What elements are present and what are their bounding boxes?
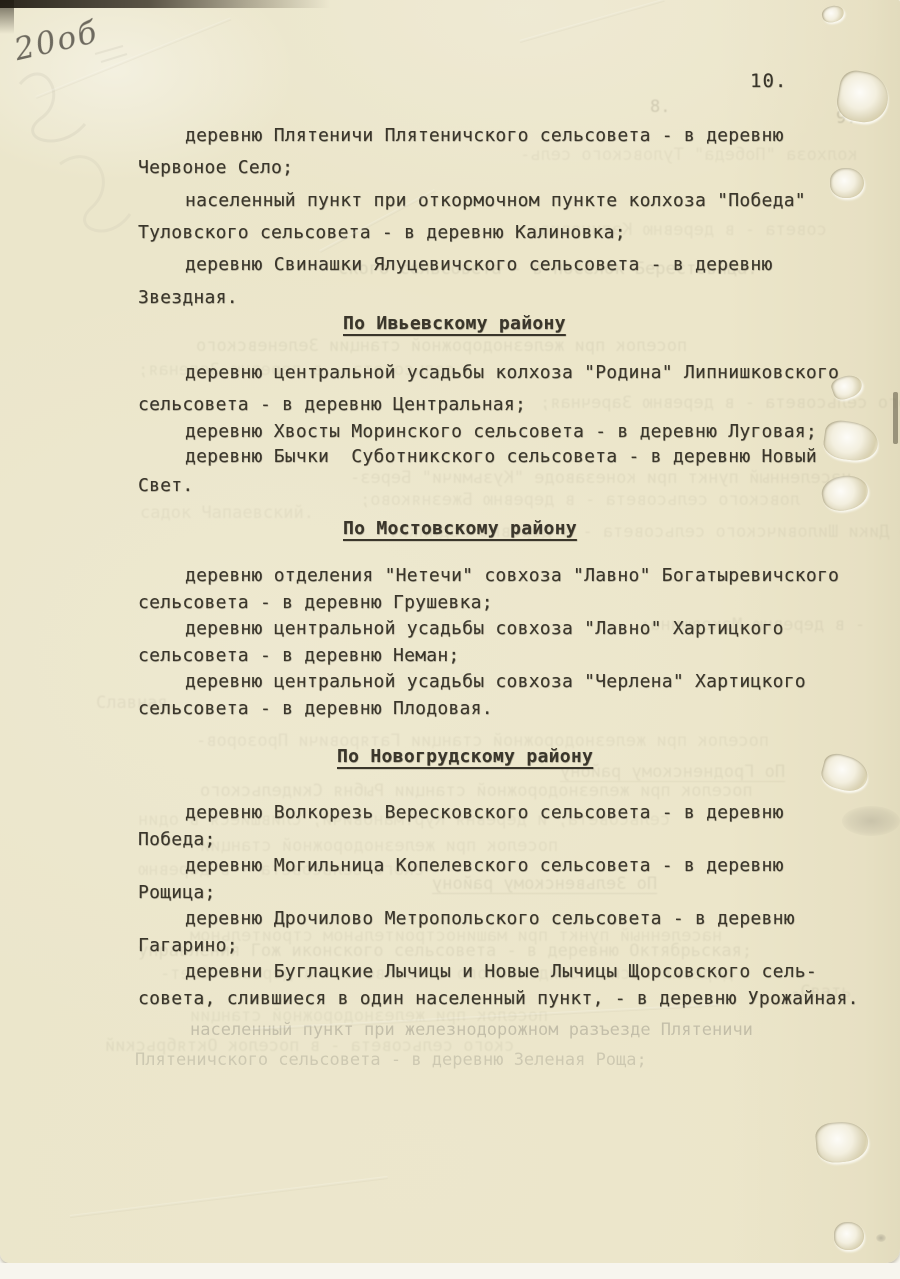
scan-edge-artifact	[0, 0, 14, 34]
section-header: По Мостовскому району	[343, 519, 577, 539]
section-header: По Новогрудскому району	[337, 747, 593, 767]
bleedthrough-fragment: По Зельвенскому району	[432, 876, 657, 893]
ink-smudge	[876, 1234, 886, 1242]
typed-line: Туловского сельсовета - в деревню Калино…	[138, 223, 626, 243]
section-header: По Ивьевскому району	[343, 314, 566, 334]
bleedthrough-fragment: поселок при железнодорожной станции Рыбн…	[200, 783, 753, 800]
typed-line: деревню Плятеничи Плятеничского сельсове…	[185, 126, 784, 146]
bleedthrough-fragment: По Гродненскому району	[560, 764, 785, 781]
typed-line: деревню Бычки Суботникского сельсовета -…	[185, 447, 817, 467]
bleedthrough-fragment: 8.	[650, 99, 670, 116]
typed-line: Победа;	[138, 830, 216, 850]
paper-tear	[814, 1120, 869, 1164]
scan-edge-mark	[893, 392, 898, 444]
typed-line: Звездная.	[138, 288, 238, 308]
bleedthrough-fragment: поселок при железнодорожной станции Зеле…	[196, 338, 687, 355]
paper-crease	[520, 0, 665, 43]
typed-line: сельсовета - в деревню Неман;	[138, 646, 460, 666]
typed-line: деревню центральной усадьбы совхоза "Лав…	[185, 619, 784, 639]
punch-hole	[830, 168, 864, 198]
typed-line: деревню центральной усадьбы совхоза "Чер…	[185, 672, 806, 692]
typed-line: деревню Могильница Копелевского сельсове…	[185, 856, 784, 876]
typed-line: Червоное Село;	[138, 158, 293, 178]
typed-line: сельсовета - в деревню Центральная;	[138, 395, 526, 415]
bleedthrough-fragment: ловского сельсовета - в деревню Бжезняко…	[360, 492, 800, 509]
bleedthrough-fragment: садок Чапаевский.	[140, 505, 314, 522]
bleedthrough-fragment: колхоза "Победа" Туловского сель-	[520, 147, 858, 164]
typed-line: деревню Свинашки Ялуцевичского сельсовет…	[185, 255, 773, 275]
typed-line: Рощица;	[138, 883, 216, 903]
typed-line: деревню Дрочилово Метропольского сельсов…	[185, 909, 795, 929]
typed-line: Свет.	[138, 476, 193, 496]
paper-tear	[818, 751, 871, 796]
typed-line: деревню Хвосты Моринского сельсовета - в…	[185, 422, 817, 442]
typed-line: совета, слившиеся в один населенный пунк…	[138, 989, 859, 1009]
typed-line: деревню отделения "Нетечи" совхоза "Лавн…	[185, 566, 839, 586]
bleedthrough-fragment: населенный пункт при конезаводе "Кузьмич…	[350, 470, 852, 487]
punch-hole	[834, 1222, 864, 1250]
typed-line: деревню Волкорезь Вересковского сельсове…	[185, 803, 784, 823]
typed-line: Гагарино;	[138, 936, 238, 956]
bleedthrough-fragment: Плятеничского сельсовета - в деревню Зел…	[135, 1052, 647, 1069]
scan-edge-artifact	[0, 0, 330, 8]
paper-tear	[822, 418, 881, 463]
scanner-background	[0, 1263, 900, 1279]
ink-smudge	[842, 806, 900, 836]
typed-line: населенный пункт при откормочном пункте …	[185, 191, 806, 211]
typed-line: сельсовета - в деревню Плодовая.	[138, 699, 493, 719]
bleedthrough-fragment: поселок при железнодорожной станции	[200, 838, 558, 855]
punch-hole	[820, 3, 845, 24]
scanned-document: 20об 10. 8.9.колхоза "Победа" Туловского…	[0, 0, 900, 1279]
paper-crease	[70, 1176, 388, 1218]
typed-line: деревни Буглацкие Лычицы и Новые Лычицы …	[185, 962, 817, 982]
typed-line: сельсовета - в деревню Грушевка;	[138, 593, 493, 613]
paper-sheet: 20об 10. 8.9.колхоза "Победа" Туловского…	[0, 0, 900, 1263]
typed-line: деревню центральной усадьбы колхоза "Род…	[185, 363, 839, 383]
page-number: 10.	[750, 72, 787, 91]
